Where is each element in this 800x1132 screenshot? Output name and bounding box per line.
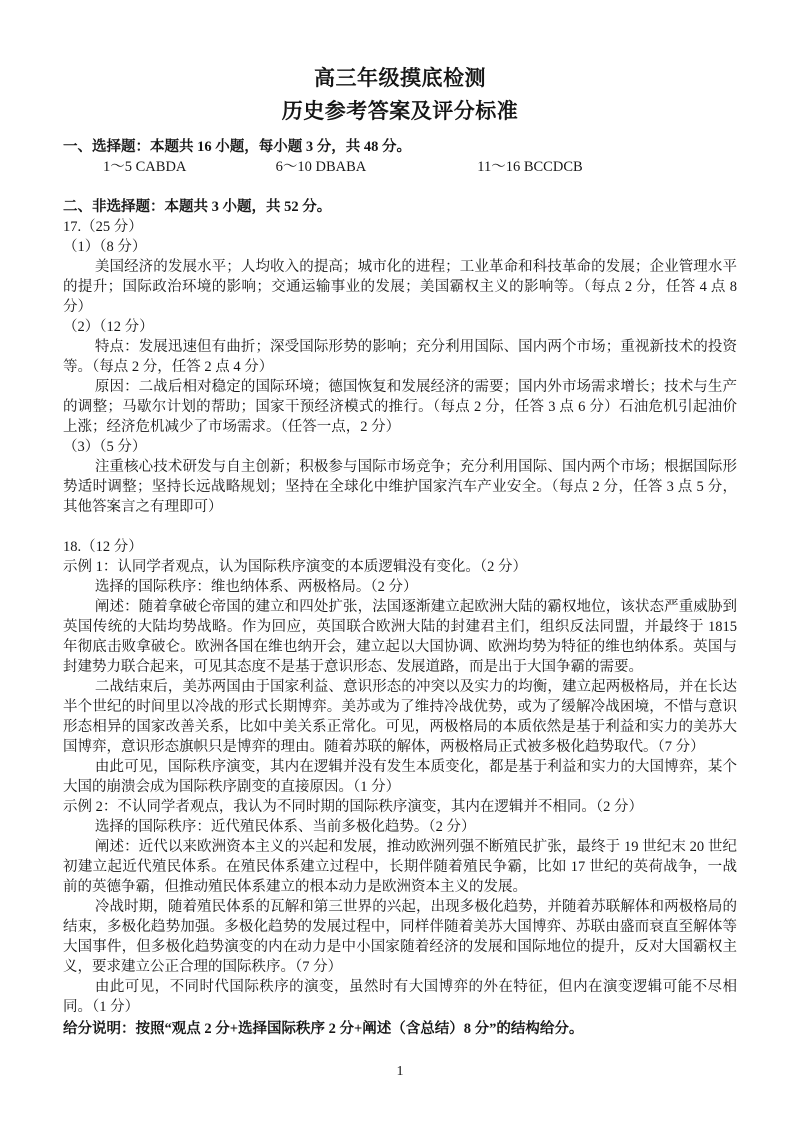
page-number: 1	[63, 1062, 737, 1082]
choice-section-heading: 一、选择题：本题共 16 小题，每小题 3 分，共 48 分。	[63, 137, 737, 157]
answer-paragraph: 由此可见，不同时代国际秩序的演变，虽然时有大国博弈的外在特征，但内在演变逻辑可能…	[63, 977, 737, 1017]
answer-group-11-16: 11～16 BCCDCB	[477, 157, 582, 177]
answer-paragraph: 17.（25 分）	[63, 217, 737, 237]
answer-paragraph: 选择的国际秩序：维也纳体系、两极格局。（2 分）	[63, 577, 737, 597]
free-response-section-heading: 二、非选择题：本题共 3 小题，共 52 分。	[63, 197, 737, 217]
grading-note: 给分说明：按照“观点 2 分+选择国际秩序 2 分+阐述（含总结）8 分”的结构…	[63, 1019, 737, 1039]
doc-title-line1: 高三年级摸底检测	[63, 62, 737, 95]
answer-group-6-10: 6～10 DBABA	[276, 157, 474, 177]
answer-paragraph: 选择的国际秩序：近代殖民体系、当前多极化趋势。（2 分）	[63, 817, 737, 837]
answer-paragraph: 18.（12 分）	[63, 537, 737, 557]
answer-paragraph: （1）（8 分）	[63, 237, 737, 257]
answer-paragraph: 注重核心技术研发与自主创新；积极参与国际市场竞争；充分利用国际、国内两个市场；根…	[63, 457, 737, 517]
answer-group-1-5: 1～5 CABDA	[103, 157, 272, 177]
doc-title-block: 高三年级摸底检测 历史参考答案及评分标准	[63, 62, 737, 128]
answer-paragraph: 阐述：近代以来欧洲资本主义的兴起和发展，推动欧洲列强不断殖民扩张，最终于 19 …	[63, 837, 737, 897]
answer-paragraph: （2）（12 分）	[63, 317, 737, 337]
answer-paragraph: 冷战时期，随着殖民体系的瓦解和第三世界的兴起，出现多极化趋势，并随着苏联解体和两…	[63, 897, 737, 977]
answer-paragraph: 美国经济的发展水平；人均收入的提高；城市化的进程；工业革命和科技革命的发展；企业…	[63, 257, 737, 317]
answer-paragraph: 示例 1：认同学者观点，认为国际秩序演变的本质逻辑没有变化。（2 分）	[63, 557, 737, 577]
choice-answers-row: 1～5 CABDA 6～10 DBABA 11～16 BCCDCB	[63, 157, 737, 177]
answer-paragraph: 二战结束后，美苏两国由于国家利益、意识形态的冲突以及实力的均衡，建立起两极格局，…	[63, 677, 737, 757]
answer-paragraph: （3）（5 分）	[63, 437, 737, 457]
answer-paragraph: 阐述：随着拿破仑帝国的建立和四处扩张，法国逐渐建立起欧洲大陆的霸权地位，该状态严…	[63, 597, 737, 677]
answer-paragraph: 特点：发展迅速但有曲折；深受国际形势的影响；充分利用国际、国内两个市场；重视新技…	[63, 337, 737, 377]
answer-paragraph: 原因：二战后相对稳定的国际环境；德国恢复和发展经济的需要；国内外市场需求增长；技…	[63, 377, 737, 437]
doc-title-line2: 历史参考答案及评分标准	[63, 95, 737, 128]
answer-paragraph: 示例 2：不认同学者观点，我认为不同时期的国际秩序演变，其内在逻辑并不相同。（2…	[63, 797, 737, 817]
free-response-body: 17.（25 分） （1）（8 分） 美国经济的发展水平；人均收入的提高；城市化…	[63, 217, 737, 1017]
answer-key-page: 高三年级摸底检测 历史参考答案及评分标准 一、选择题：本题共 16 小题，每小题…	[0, 0, 800, 1132]
answer-paragraph: 由此可见，国际秩序演变，其内在逻辑并没有发生本质变化，都是基于利益和实力的大国博…	[63, 757, 737, 797]
